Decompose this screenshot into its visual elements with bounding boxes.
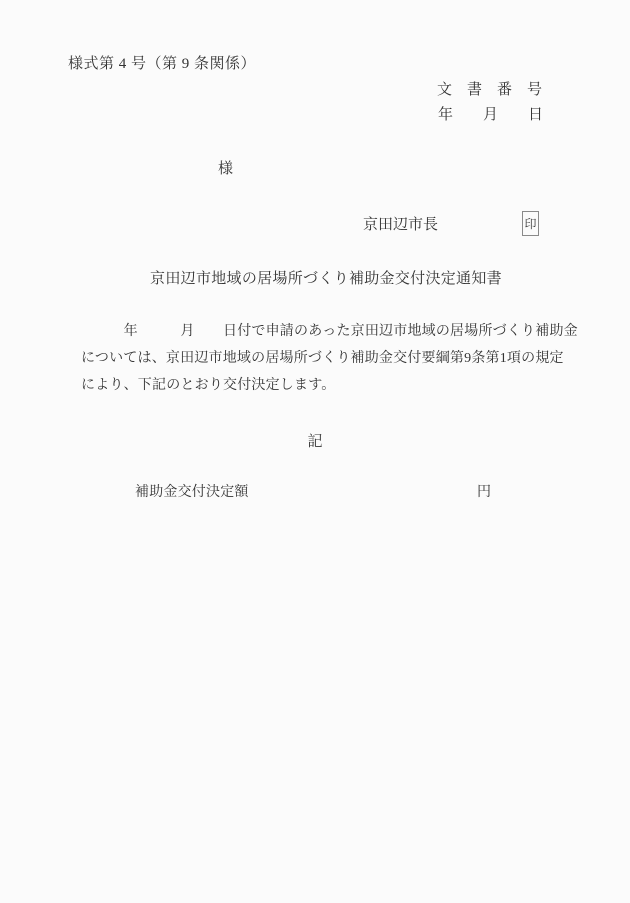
form-number: 様式第 4 号（第 9 条関係） (68, 56, 256, 73)
body-line-2: については、京田辺市地域の居場所づくり補助金交付要綱第9条第1項の規定 (81, 345, 581, 372)
seal-box: 印 (522, 211, 539, 236)
body-line-3: により、下記のとおり交付決定します。 (81, 372, 581, 399)
amount-unit: 円 (477, 485, 491, 500)
seal-mark: 印 (525, 215, 537, 232)
record-marker: 記 (0, 430, 630, 451)
body-paragraph: 年 月 日付で申請のあった京田辺市地域の居場所づくり補助金 については、京田辺市… (81, 318, 581, 399)
amount-label: 補助金交付決定額 (135, 485, 249, 500)
document-title: 京田辺市地域の居場所づくり補助金交付決定通知書 (0, 267, 630, 288)
document-page: 様式第 4 号（第 9 条関係） 文 書 番 号 年 月 日 様 京田辺市長 印… (0, 0, 630, 903)
sender-row: 京田辺市長 印 (363, 210, 539, 236)
sender-name: 京田辺市長 (363, 213, 438, 234)
document-number-label: 文 書 番 号 (437, 82, 542, 99)
body-line-1: 年 月 日付で申請のあった京田辺市地域の居場所づくり補助金 (81, 318, 581, 345)
addressee-honorific: 様 (218, 161, 233, 178)
date-line: 年 月 日 (438, 107, 543, 124)
